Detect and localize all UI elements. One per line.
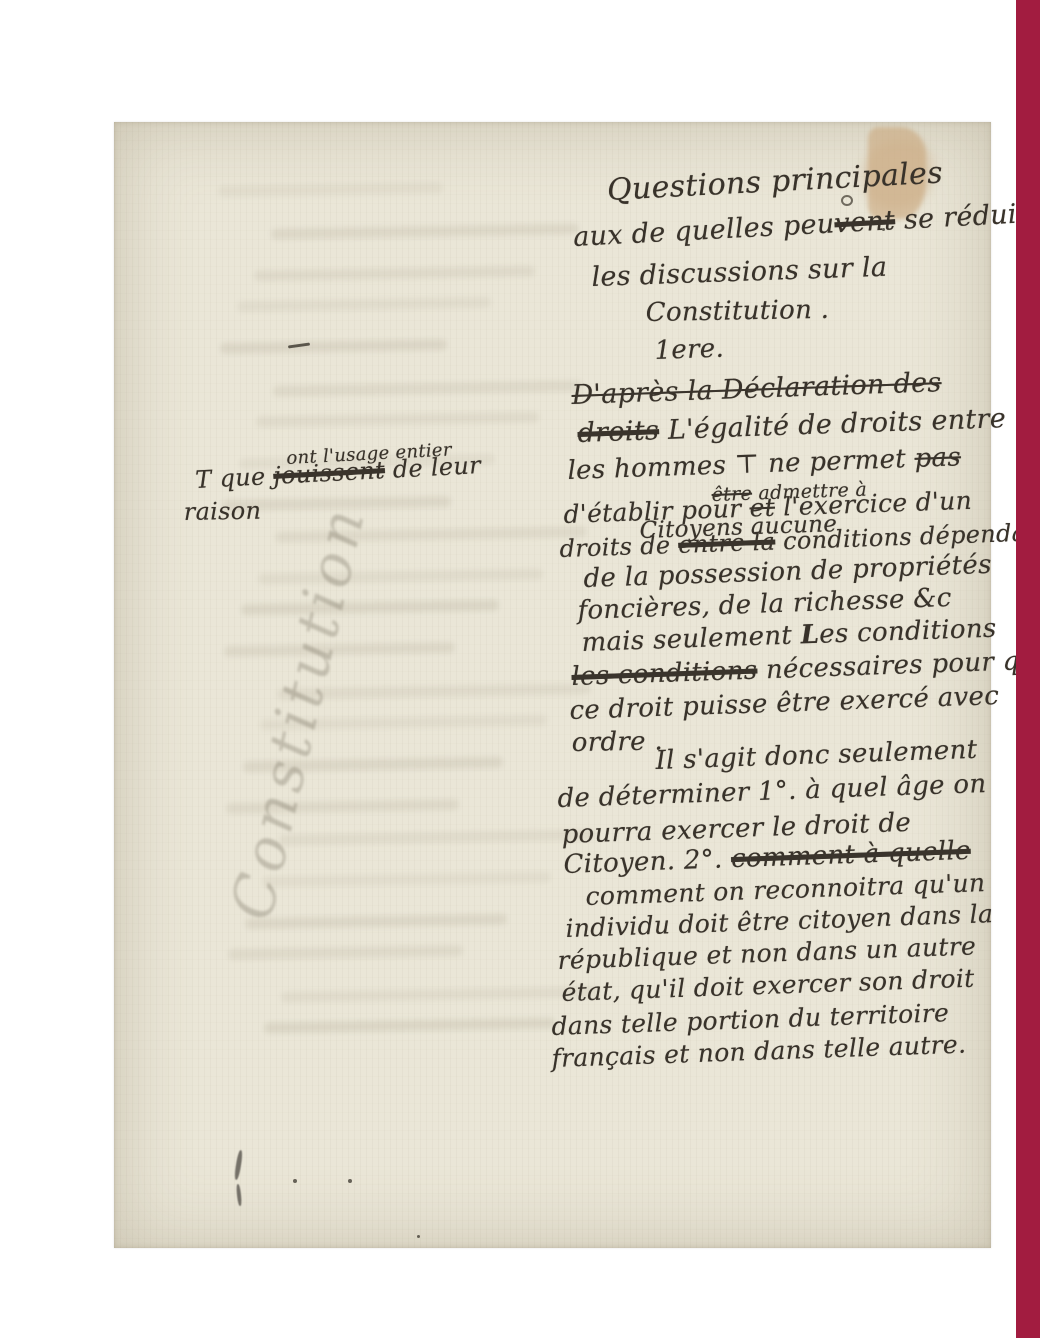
handwritten-text: 1ere.: [654, 334, 725, 366]
ink-speck: [293, 1179, 297, 1183]
handwritten-text: droits de: [559, 531, 679, 563]
struck-text: entre la: [678, 527, 776, 558]
margin-note-line: raison: [184, 499, 262, 524]
struck-text: pas: [914, 442, 961, 474]
handwritten-text: raison: [184, 497, 262, 526]
handwritten-text: Citoyen. 2°.: [563, 844, 732, 880]
body-line: ordre .: [572, 728, 664, 756]
struck-text: droits: [577, 415, 660, 449]
ink-speck: [348, 1179, 352, 1183]
handwritten-text: es conditions: [819, 614, 997, 650]
ink-speck: [882, 228, 885, 231]
ink-speck: [417, 1235, 420, 1238]
section-number: 1ere.: [654, 336, 724, 364]
handwritten-text: Constitution .: [646, 295, 830, 328]
handwritten-text: de leur: [384, 451, 481, 484]
title-line-4: Constitution .: [646, 297, 830, 326]
handwritten-text: ordre .: [572, 726, 664, 758]
accent-bar: [1016, 0, 1040, 1338]
ink-curl: [841, 195, 853, 206]
handwritten-text: L: [800, 620, 820, 651]
handwritten-text: T que: [195, 462, 274, 494]
struck-text: jouissent: [273, 456, 386, 490]
manuscript-photo: Constitution Questions principalesaux de…: [0, 0, 1040, 1338]
struck-text: vent: [834, 205, 896, 239]
